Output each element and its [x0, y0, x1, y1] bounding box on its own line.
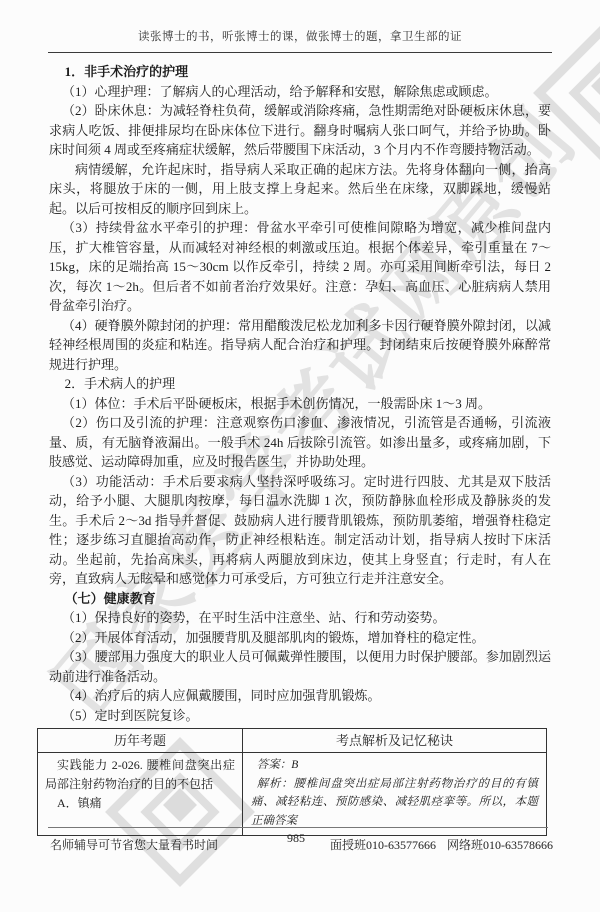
paragraph: （2）卧床休息：为减轻脊柱负荷，缓解或消除疼痛，急性期需绝对卧硬板床休息，要求病… [49, 101, 551, 160]
section-heading: 1．非手术治疗的护理 [49, 62, 551, 82]
paragraph: （2）开展体育活动，加强腰背肌及腿部肌肉的锻炼，增加脊柱的稳定性。 [49, 628, 551, 648]
paragraph: 病情缓解，允许起床时，指导病人采取正确的起床方法。先将身体翻向一侧，抬高床头，将… [49, 160, 551, 219]
question-option-a: A．镇痛 [45, 794, 235, 813]
diamond-mid-shape [568, 53, 600, 132]
page-header: 读张博士的书，听张博士的课，做张博士的题，拿卫生部的证 [48, 28, 552, 53]
paragraph: （1）体位：手术后平卧硬板床，根据手术创伤情况，一般需卧床 1～3 周。 [49, 394, 551, 414]
exam-table: 历年考题 考点解析及记忆秘诀 实践能力 2-026. 腰椎间盘突出症局部注射药物… [37, 728, 547, 836]
answer-line: 答案：B [251, 756, 538, 775]
paragraph: （1）心理护理：了解病人的心理活动，给予解释和安慰，解除焦虑或顾虑。 [49, 82, 551, 102]
diamond-core-shape [591, 69, 600, 103]
footer-contact-online: 网络班010-63578666 [447, 836, 553, 853]
question-text: 实践能力 2-026. 腰椎间盘突出症局部注射药物治疗的目的不包括 [45, 756, 235, 794]
footer-divider [48, 827, 548, 828]
analysis-cell: 答案：B 解析：腰椎间盘突出症局部注射药物治疗的目的有镇痛、减轻粘连、预防感染、… [243, 753, 547, 836]
paragraph: （3）腰部用力强度大的职业人员可佩戴弹性腰围，以便用力时保护腰部。参加剧烈运动前… [49, 647, 551, 686]
section-heading: （七）健康教育 [49, 589, 551, 609]
textbook-page: 国家医学考试网原创 读张博士的书，听张博士的课，做张博士的题，拿卫生部的证 1．… [0, 0, 600, 912]
header-slogan: 读张博士的书，听张博士的课，做张博士的题，拿卫生部的证 [138, 31, 462, 43]
document-body: 1．非手术治疗的护理 （1）心理护理：了解病人的心理活动，给予解释和安慰，解除焦… [49, 62, 551, 836]
paragraph: （4）治疗后的病人应佩戴腰围，同时应加强背肌锻炼。 [49, 686, 551, 706]
paragraph: （2）伤口及引流的护理：注意观察伤口渗血、渗液情况，引流管是否通畅，引流液量、质… [49, 413, 551, 472]
table-row: 实践能力 2-026. 腰椎间盘突出症局部注射药物治疗的目的不包括 A．镇痛 答… [38, 753, 547, 836]
paragraph: （5）定时到医院复诊。 [49, 706, 551, 726]
table-header-questions: 历年考题 [38, 729, 243, 753]
table-header-row: 历年考题 考点解析及记忆秘诀 [38, 729, 547, 753]
footer-contact-classroom: 面授班010-63577666 [330, 836, 436, 853]
question-cell: 实践能力 2-026. 腰椎间盘突出症局部注射药物治疗的目的不包括 A．镇痛 [38, 753, 243, 836]
table-header-analysis: 考点解析及记忆秘诀 [243, 729, 547, 753]
analysis-text: 解析：腰椎间盘突出症局部注射药物治疗的目的有镇痛、减轻粘连、预防感染、减轻肌痉挛… [251, 775, 538, 831]
paragraph: （4）硬脊膜外隙封闭的护理：常用醋酸泼尼松龙加利多卡因行硬脊膜外隙封闭，以减轻神… [49, 316, 551, 375]
footer-slogan: 名师辅导可节省您大量看书时间 [50, 836, 218, 853]
paragraph: （3）持续骨盆水平牵引的护理：骨盆水平牵引可使椎间隙略为增宽，减少椎间盘内压，扩… [49, 218, 551, 316]
paragraph: （1）保持良好的姿势，在平时生活中注意坐、站、行和劳动姿势。 [49, 608, 551, 628]
section-heading: 2．手术病人的护理 [49, 374, 551, 394]
paragraph: （3）功能活动：手术后要求病人坚持深呼吸练习。定时进行四肢、尤其是双下肢活动，给… [49, 472, 551, 589]
